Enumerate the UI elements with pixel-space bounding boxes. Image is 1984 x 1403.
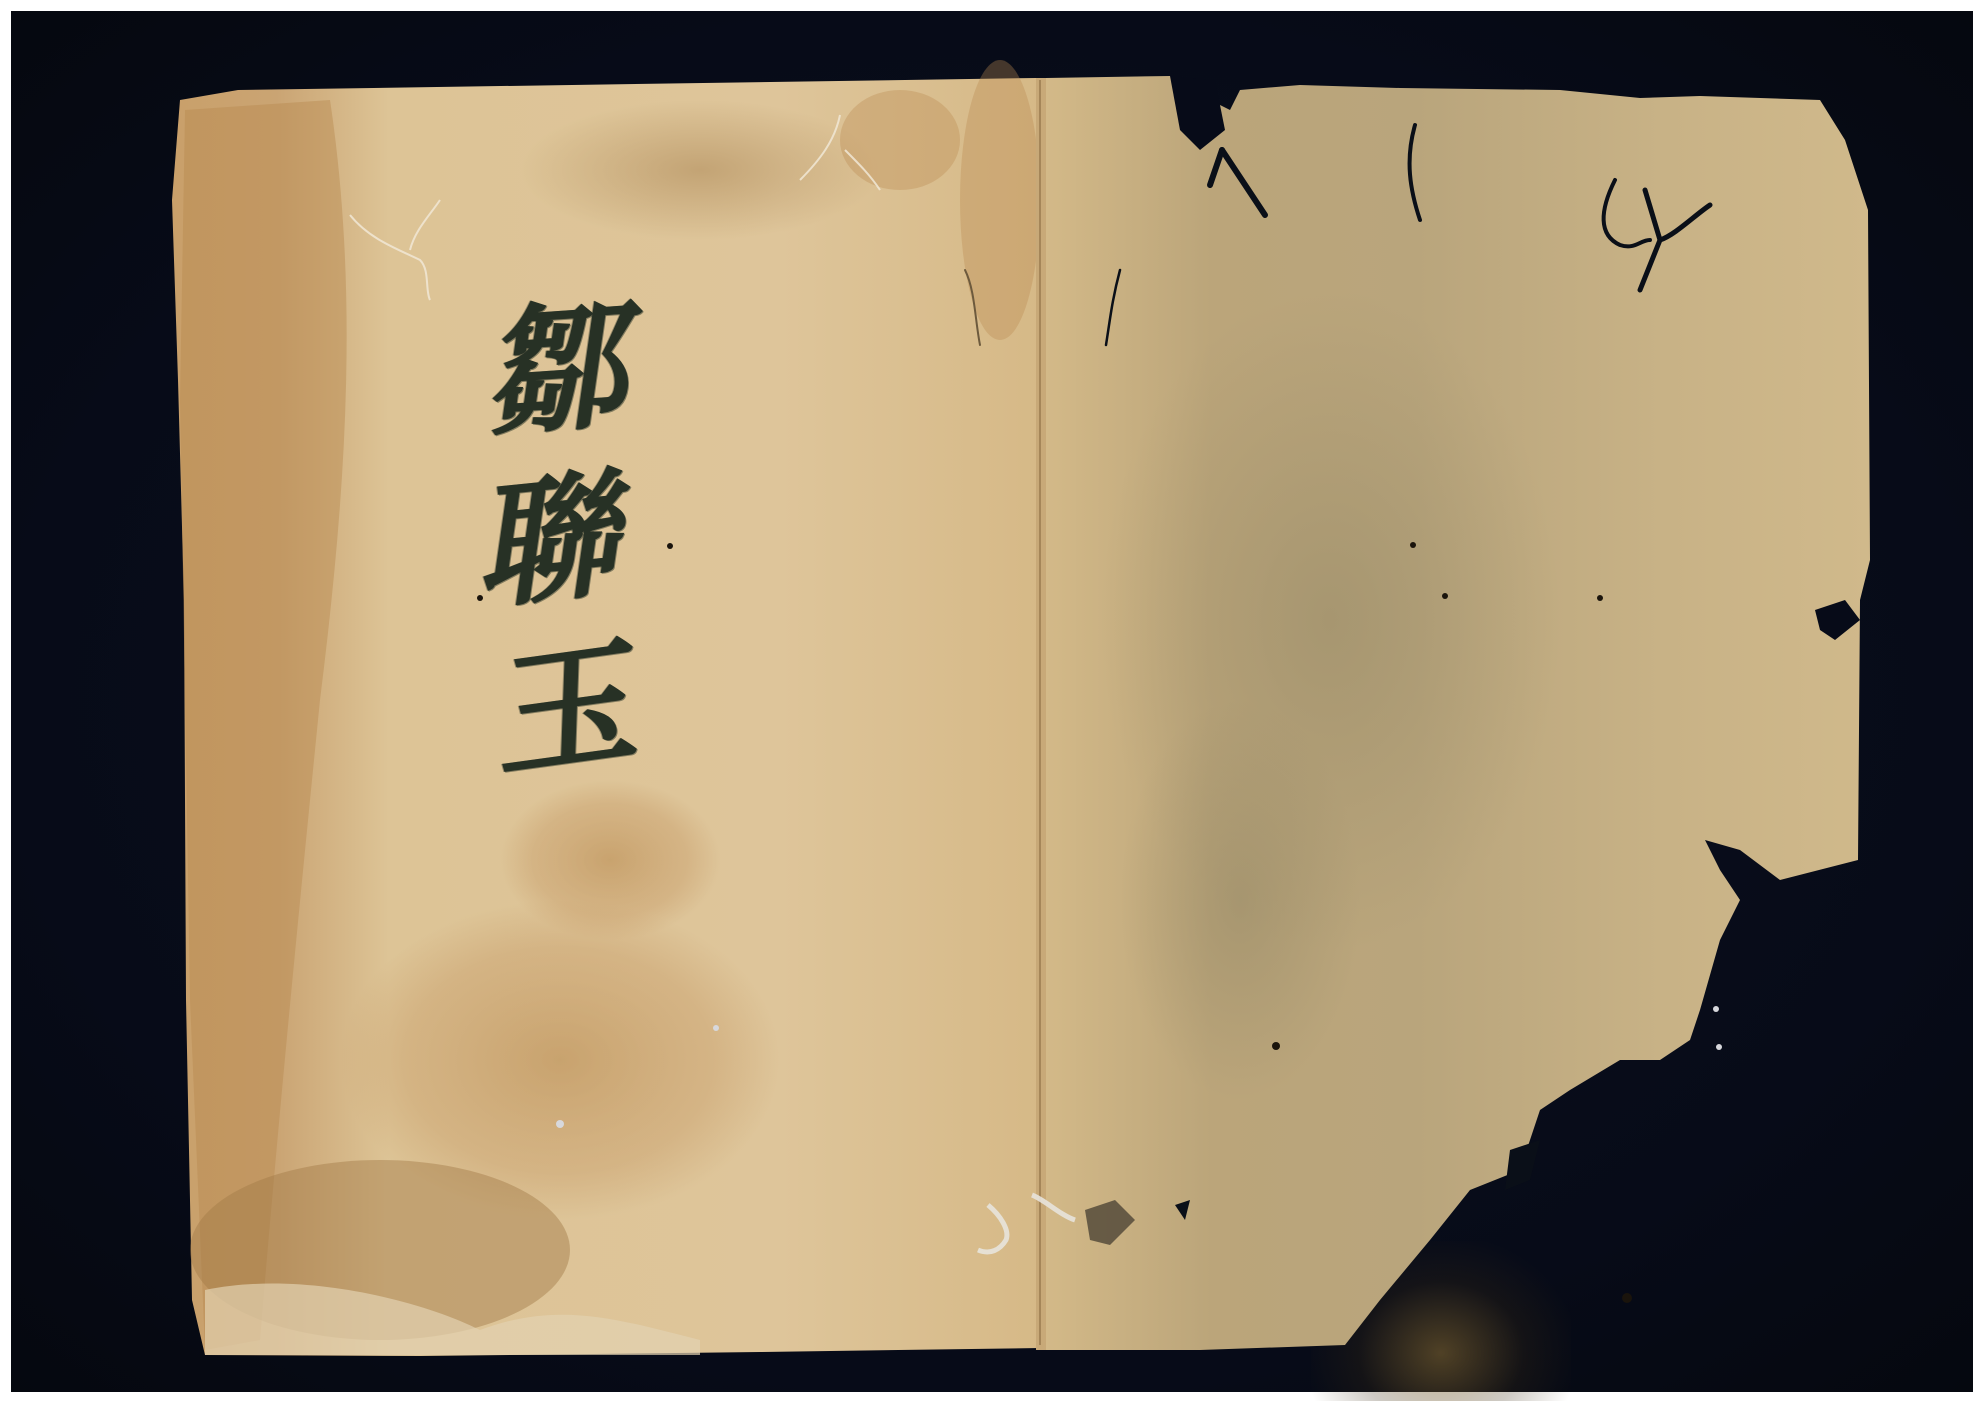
- book-pages-graphic: [0, 0, 1984, 1403]
- book-spread: 鄒 聯 玉 鄒聯玉: [0, 0, 1984, 1403]
- inscription-char-2: 聯: [474, 454, 640, 628]
- cover-inscription: 鄒 聯 玉: [470, 290, 660, 790]
- inscription-char-1: 鄒: [483, 285, 648, 454]
- inscription-char-3: 玉: [497, 620, 645, 798]
